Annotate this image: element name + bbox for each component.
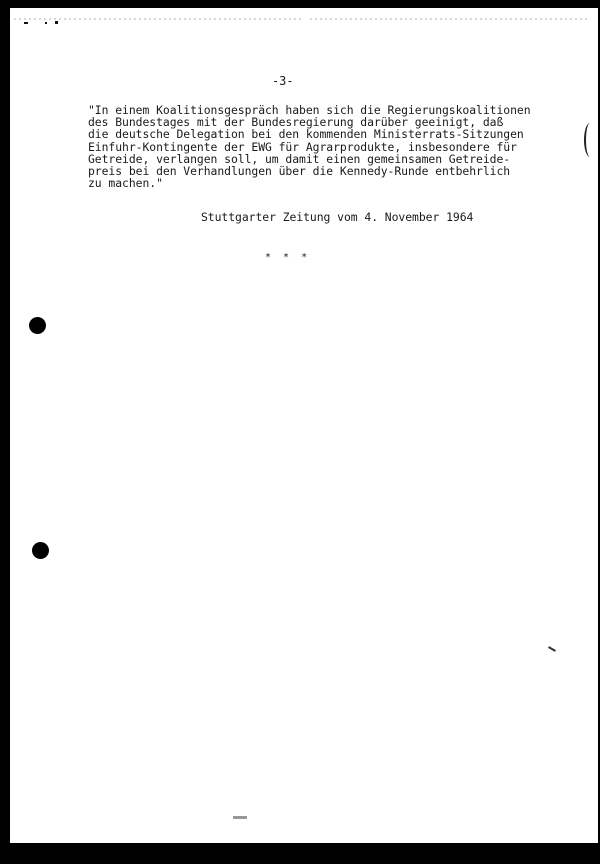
scan-artifact-bracket xyxy=(584,123,596,157)
quote-line: zu machen." xyxy=(88,176,163,190)
scan-artifact-mark xyxy=(45,22,47,24)
quote-paragraph: "In einem Koalitionsgespräch haben sich … xyxy=(88,104,531,189)
section-separator: * * * xyxy=(265,252,310,263)
scan-artifact-mark xyxy=(55,21,58,24)
scan-artifact-mark xyxy=(24,22,28,24)
scan-artifact-line xyxy=(310,18,590,20)
punch-hole xyxy=(29,317,46,334)
punch-hole xyxy=(32,542,49,559)
page-number: -3- xyxy=(272,74,294,88)
scanned-page: -3- "In einem Koalitionsgespräch haben s… xyxy=(10,8,598,843)
scan-artifact-smudge xyxy=(233,816,247,819)
scan-artifact-mark xyxy=(548,646,556,652)
source-attribution: Stuttgarter Zeitung vom 4. November 1964 xyxy=(201,210,473,224)
scan-artifact-line xyxy=(14,18,304,20)
